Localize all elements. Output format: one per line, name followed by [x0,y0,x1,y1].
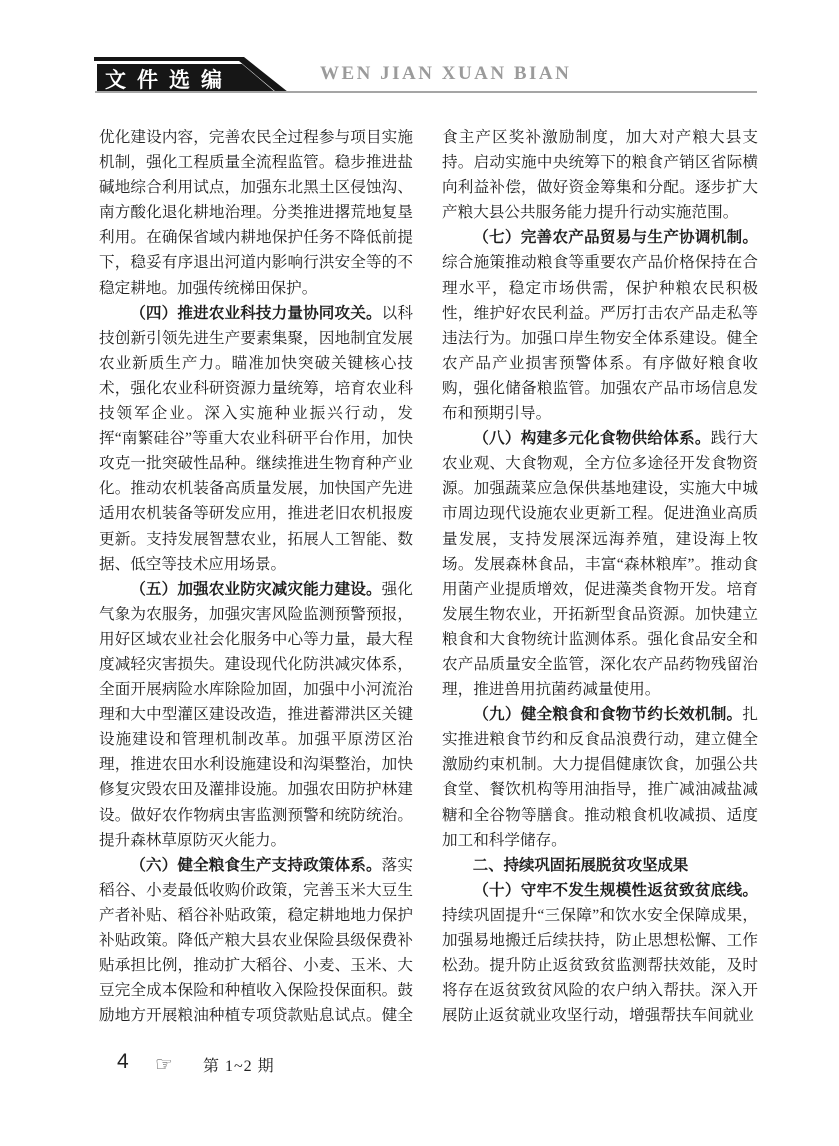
issue-label: 第 1~2 期 [203,1053,275,1076]
section-paragraph: （九）健全粮食和食物节约长效机制。扎实推进粮食节约和反食品浪费行动，建立健全激励… [442,702,758,853]
section-lead: （九）健全粮食和食物节约长效机制。 [473,706,742,723]
page-number: 4 [117,1050,129,1074]
section-lead: （七）完善农产品贸易与生产协调机制。 [473,229,758,246]
pointing-hand-icon: ☞ [155,1052,173,1076]
masthead-title: 文件选编 [105,68,233,92]
masthead-banner: 文件选编 [92,54,307,94]
section-lead: （六）健全粮食生产支持政策体系。 [130,857,381,874]
section-lead: （五）加强农业防灾减灾能力建设。 [130,581,381,598]
column-left: 优化建设内容，完善农民全过程参与项目实施机制，强化工程质量全流程监管。稳步推进盐… [99,125,413,1030]
paragraph: 食主产区奖补激励制度，加大对产粮大县支持。启动实施中央统筹下的粮食产销区省际横向… [442,125,758,225]
header-rule [95,91,757,93]
article-body: 优化建设内容，完善农民全过程参与项目实施机制，强化工程质量全流程监管。稳步推进盐… [99,125,758,1030]
paragraph: 优化建设内容，完善农民全过程参与项目实施机制，强化工程质量全流程监管。稳步推进盐… [99,125,413,301]
section-paragraph: （六）健全粮食生产支持政策体系。落实稻谷、小麦最低收购价政策，完善玉米大豆生产者… [99,853,413,1030]
section-heading: 二、持续巩固拓展脱贫攻坚成果 [442,853,758,878]
column-right: 食主产区奖补激励制度，加大对产粮大县支持。启动实施中央统筹下的粮食产销区省际横向… [442,125,758,1030]
section-lead: （四）推进农业科技力量协同攻关。 [130,305,381,322]
section-paragraph: （五）加强农业防灾减灾能力建设。强化气象为农服务，加强灾害风险监测预警预报，用好… [99,577,413,853]
section-lead: （八）构建多元化食物供给体系。 [473,430,711,447]
section-paragraph: （四）推进农业科技力量协同攻关。以科技创新引领先进生产要素集聚，因地制宜发展农业… [99,301,413,577]
section-paragraph: （七）完善农产品贸易与生产协调机制。综合施策推动粮食等重要农产品价格保持在合理水… [442,225,758,426]
document-page: 文件选编 WEN JIAN XUAN BIAN 优化建设内容，完善农民全过程参与… [0,0,839,1146]
section-lead: （十）守牢不发生规模性返贫致贫底线。 [473,882,758,899]
page-footer: 4 ☞ 第 1~2 期 [0,1049,839,1083]
section-paragraph: （八）构建多元化食物供给体系。践行大农业观、大食物观，全方位多途径开发食物资源。… [442,426,758,702]
section-paragraph: （十）守牢不发生规模性返贫致贫底线。持续巩固提升“三保障”和饮水安全保障成果，加… [442,878,758,1029]
masthead-pinyin: WEN JIAN XUAN BIAN [320,63,571,85]
